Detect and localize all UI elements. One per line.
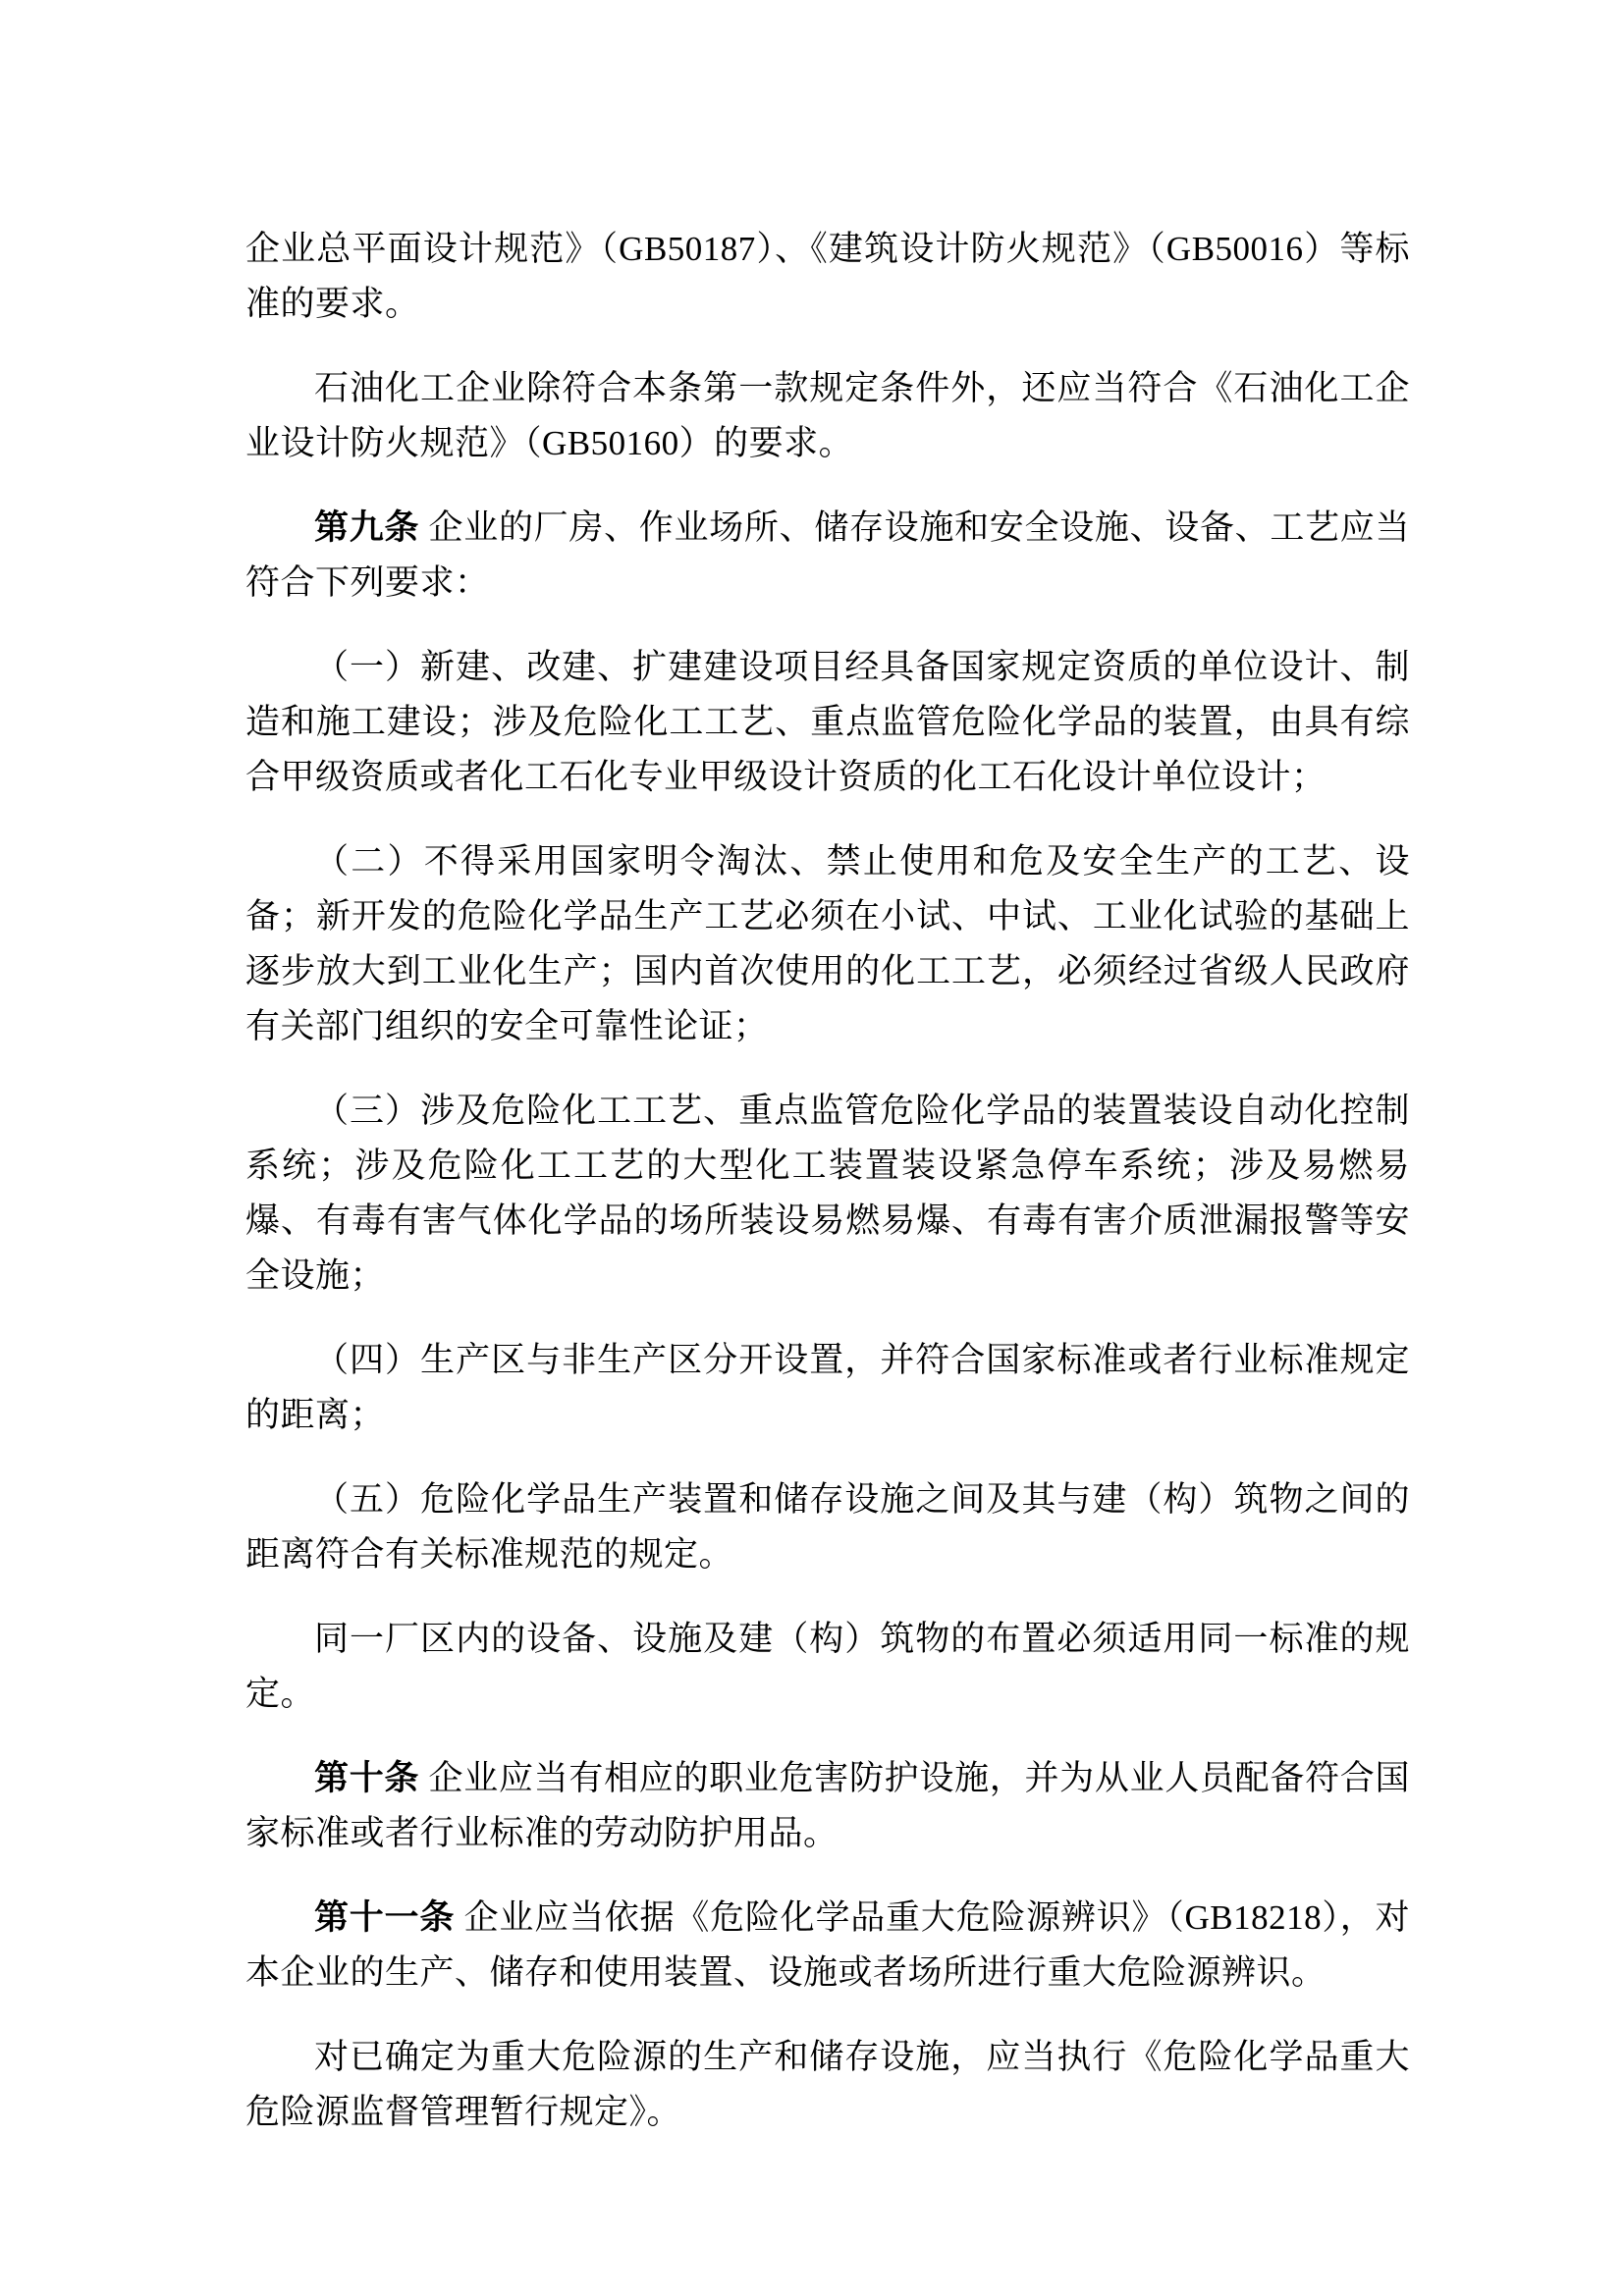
paragraph-item-1: （一）新建、改建、扩建建设项目经具备国家规定资质的单位设计、制造和施工建设；涉及… (245, 640, 1410, 805)
paragraph-article-9: 第九条 企业的厂房、作业场所、储存设施和安全设施、设备、工艺应当符合下列要求： (245, 501, 1410, 611)
paragraph-item-2: （二）不得采用国家明令淘汰、禁止使用和危及安全生产的工艺、设备；新开发的危险化学… (245, 834, 1410, 1054)
paragraph-article-11: 第十一条 企业应当依据《危险化学品重大危险源辨识》（GB18218），对本企业的… (245, 1891, 1410, 2001)
paragraph-text: （四）生产区与非生产区分开设置，并符合国家标准或者行业标准规定的距离； (245, 1341, 1410, 1434)
paragraph-text: 企业的厂房、作业场所、储存设施和安全设施、设备、工艺应当符合下列要求： (245, 508, 1410, 602)
paragraph-text: （二）不得采用国家明令淘汰、禁止使用和危及安全生产的工艺、设备；新开发的危险化学… (245, 842, 1410, 1045)
paragraph-item-3: （三）涉及危险化工工艺、重点监管危险化学品的装置装设自动化控制系统；涉及危险化工… (245, 1084, 1410, 1304)
paragraph-item-4: （四）生产区与非生产区分开设置，并符合国家标准或者行业标准规定的距离； (245, 1333, 1410, 1443)
article-number: 第十条 (314, 1759, 419, 1797)
paragraph: 石油化工企业除符合本条第一款规定条件外，还应当符合《石油化工企业设计防火规范》（… (245, 361, 1410, 471)
paragraph-item-5: （五）危险化学品生产装置和储存设施之间及其与建（构）筑物之间的距离符合有关标准规… (245, 1472, 1410, 1582)
paragraph-text: 企业总平面设计规范》（GB50187）、《建筑设计防火规范》（GB50016）等… (245, 230, 1410, 323)
document-page: 企业总平面设计规范》（GB50187）、《建筑设计防火规范》（GB50016）等… (0, 0, 1624, 2296)
paragraph: 对已确定为重大危险源的生产和储存设施，应当执行《危险化学品重大危险源监督管理暂行… (245, 2030, 1410, 2140)
article-number: 第九条 (314, 508, 419, 547)
paragraph-text: 企业应当有相应的职业危害防护设施，并为从业人员配备符合国家标准或者行业标准的劳动… (245, 1759, 1410, 1852)
article-number: 第十一条 (314, 1898, 455, 1937)
paragraph-text: 同一厂区内的设备、设施及建（构）筑物的布置必须适用同一标准的规定。 (245, 1620, 1410, 1713)
paragraph-text: 石油化工企业除符合本条第一款规定条件外，还应当符合《石油化工企业设计防火规范》（… (245, 369, 1410, 462)
paragraph-continuation: 企业总平面设计规范》（GB50187）、《建筑设计防火规范》（GB50016）等… (245, 222, 1410, 332)
paragraph: 同一厂区内的设备、设施及建（构）筑物的布置必须适用同一标准的规定。 (245, 1612, 1410, 1722)
paragraph-text: （一）新建、改建、扩建建设项目经具备国家规定资质的单位设计、制造和施工建设；涉及… (245, 648, 1410, 796)
paragraph-text: （三）涉及危险化工工艺、重点监管危险化学品的装置装设自动化控制系统；涉及危险化工… (245, 1092, 1410, 1295)
paragraph-text: （五）危险化学品生产装置和储存设施之间及其与建（构）筑物之间的距离符合有关标准规… (245, 1480, 1410, 1574)
paragraph-text: 对已确定为重大危险源的生产和储存设施，应当执行《危险化学品重大危险源监督管理暂行… (245, 2038, 1410, 2131)
paragraph-article-10: 第十条 企业应当有相应的职业危害防护设施，并为从业人员配备符合国家标准或者行业标… (245, 1751, 1410, 1861)
